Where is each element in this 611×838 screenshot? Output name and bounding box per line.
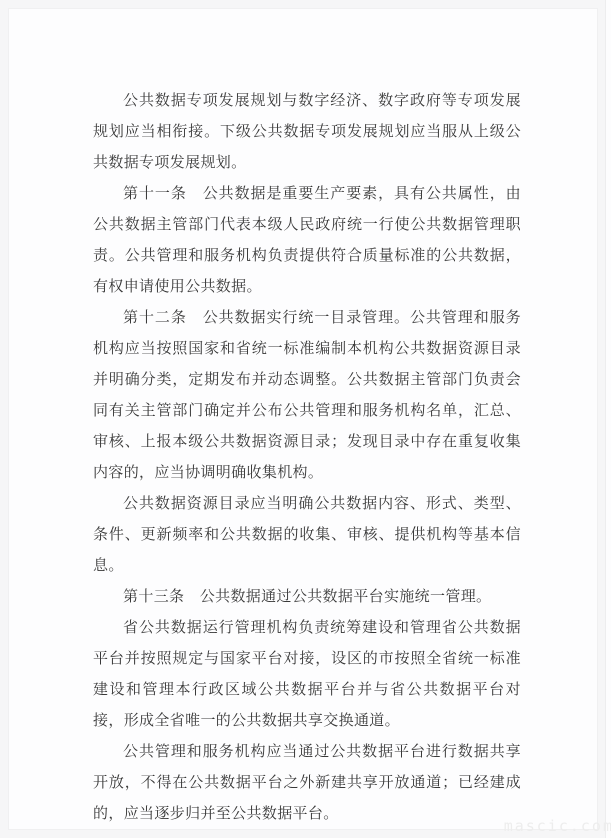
watermark: mascic.com (504, 817, 611, 835)
doc-paragraph: 公共数据资源目录应当明确公共数据内容、形式、类型、条件、更新频率和公共数据的收集… (93, 488, 521, 581)
scrollbar-track[interactable] (605, 0, 611, 838)
doc-paragraph: 公共管理和服务机构应当通过公共数据平台进行数据共享开放，不得在公共数据平台之外新… (93, 736, 521, 829)
doc-paragraph: 省公共数据运行管理机构负责统筹建设和管理省公共数据平台并按照规定与国家平台对接，… (93, 612, 521, 736)
doc-paragraph-article-12: 第十二条 公共数据实行统一目录管理。公共管理和服务机构应当按照国家和省统一标准编… (93, 302, 521, 488)
doc-paragraph-article-11: 第十一条 公共数据是重要生产要素，具有公共属性，由公共数据主管部门代表本级人民政… (93, 178, 521, 302)
doc-paragraph: 公共数据专项发展规划与数字经济、数字政府等专项发展规划应当相衔接。下级公共数据专… (93, 85, 521, 178)
document-page: 公共数据专项发展规划与数字经济、数字政府等专项发展规划应当相衔接。下级公共数据专… (8, 8, 598, 830)
document-text-block: 公共数据专项发展规划与数字经济、数字政府等专项发展规划应当相衔接。下级公共数据专… (93, 85, 521, 829)
doc-paragraph-article-13: 第十三条 公共数据通过公共数据平台实施统一管理。 (93, 581, 521, 612)
